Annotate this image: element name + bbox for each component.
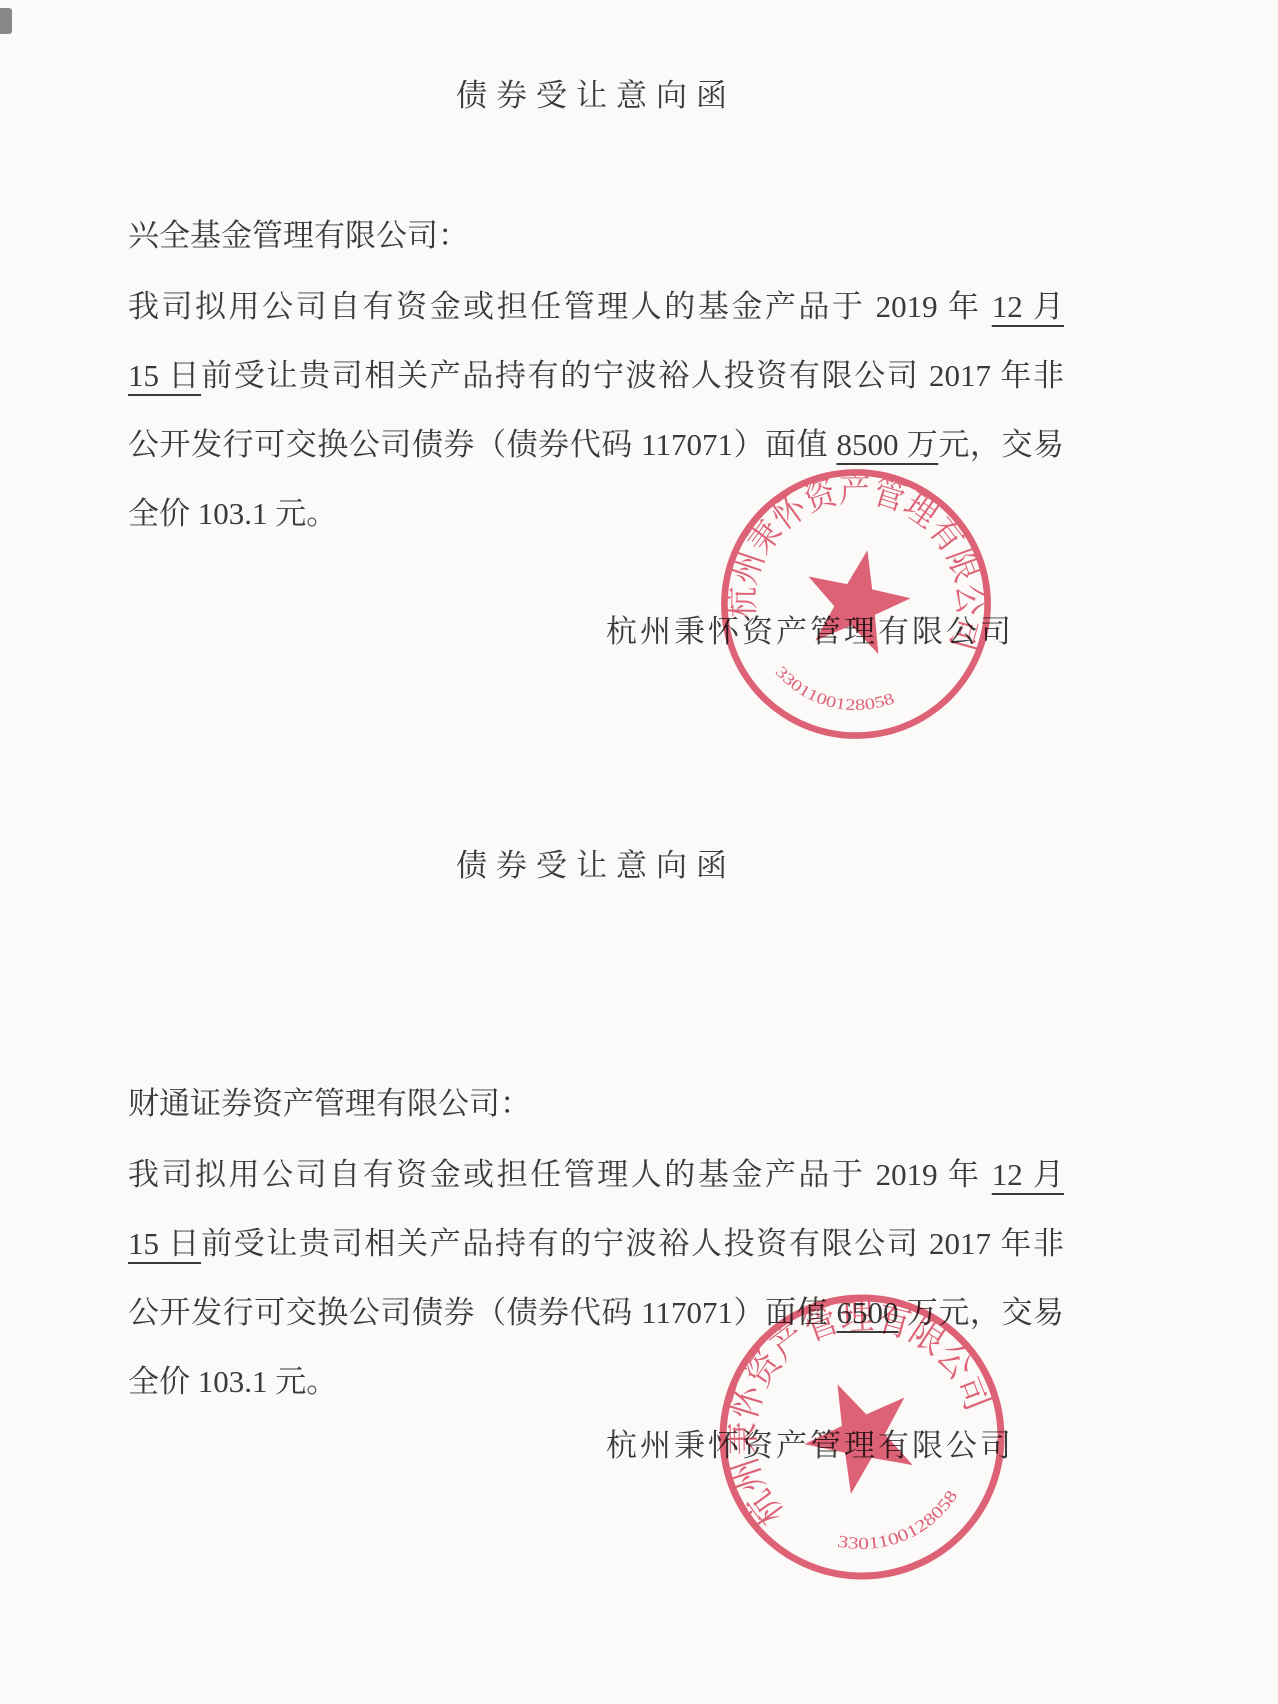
body-line-4: 全价 103.1 元。 [128, 1347, 1064, 1416]
underlined-date-month: 12 月 [992, 1157, 1064, 1192]
bond-transfer-letter-2: 债券受让意向函 财通证券资产管理有限公司： 我司拟用公司自有资金或担任管理人的基… [128, 846, 1064, 1468]
underlined-date-day: 15 日 [128, 1226, 201, 1261]
letter-title: 债券受让意向函 [128, 76, 1064, 116]
text-segment: 元，交易 [938, 427, 1064, 462]
text-segment: 我司拟用公司自有资金或担任管理人的基金产品于 2019 年 [128, 289, 992, 324]
seal-number-text: 3301100128058 [829, 1479, 969, 1573]
letter-title: 债券受让意向函 [128, 846, 1064, 886]
letter-body: 我司拟用公司自有资金或担任管理人的基金产品于 2019 年 12 月 15 日前… [128, 1140, 1064, 1416]
underlined-date-day: 15 日 [128, 358, 201, 393]
addressee-company: 兴全基金管理有限公司： [128, 216, 1064, 256]
bond-transfer-letter-1: 债券受让意向函 兴全基金管理有限公司： 我司拟用公司自有资金或担任管理人的基金产… [128, 76, 1064, 654]
seal-number-text: 3301100128058 [767, 661, 901, 724]
body-line-2: 15 日前受让贵司相关产品持有的宁波裕人投资有限公司 2017 年非 [128, 1209, 1064, 1278]
underlined-face-value: 6500 [836, 1295, 898, 1330]
text-segment: 公开发行可交换公司债券（债券代码 117071）面值 [128, 427, 836, 462]
signature-company: 杭州秉怀资产管理有限公司 [128, 1424, 1064, 1468]
text-segment: 前受让贵司相关产品持有的宁波裕人投资有限公司 2017 年非 [201, 1226, 1064, 1261]
body-line-2: 15 日前受让贵司相关产品持有的宁波裕人投资有限公司 2017 年非 [128, 341, 1064, 410]
text-segment: 全价 103.1 元。 [128, 496, 337, 531]
signature-company: 杭州秉怀资产管理有限公司 [128, 610, 1064, 654]
underlined-face-value: 8500 万 [836, 427, 938, 462]
text-segment: 万元，交易 [898, 1295, 1064, 1330]
body-line-3: 公开发行可交换公司债券（债券代码 117071）面值 6500 万元，交易 [128, 1278, 1064, 1347]
document-page: 债券受让意向函 兴全基金管理有限公司： 我司拟用公司自有资金或担任管理人的基金产… [0, 0, 1278, 1704]
body-line-3: 公开发行可交换公司债券（债券代码 117071）面值 8500 万元，交易 [128, 410, 1064, 479]
text-segment: 前受让贵司相关产品持有的宁波裕人投资有限公司 2017 年非 [201, 358, 1064, 393]
text-segment: 公开发行可交换公司债券（债券代码 117071）面值 [128, 1295, 836, 1330]
letter-body: 我司拟用公司自有资金或担任管理人的基金产品于 2019 年 12 月 15 日前… [128, 272, 1064, 548]
text-segment: 我司拟用公司自有资金或担任管理人的基金产品于 2019 年 [128, 1157, 992, 1192]
body-line-4: 全价 103.1 元。 [128, 479, 1064, 548]
underlined-date-month: 12 月 [992, 289, 1064, 324]
body-line-1: 我司拟用公司自有资金或担任管理人的基金产品于 2019 年 12 月 [128, 1140, 1064, 1209]
addressee-company: 财通证券资产管理有限公司： [128, 1084, 1064, 1124]
text-segment: 全价 103.1 元。 [128, 1364, 337, 1399]
scan-artifact [0, 8, 12, 34]
body-line-1: 我司拟用公司自有资金或担任管理人的基金产品于 2019 年 12 月 [128, 272, 1064, 341]
